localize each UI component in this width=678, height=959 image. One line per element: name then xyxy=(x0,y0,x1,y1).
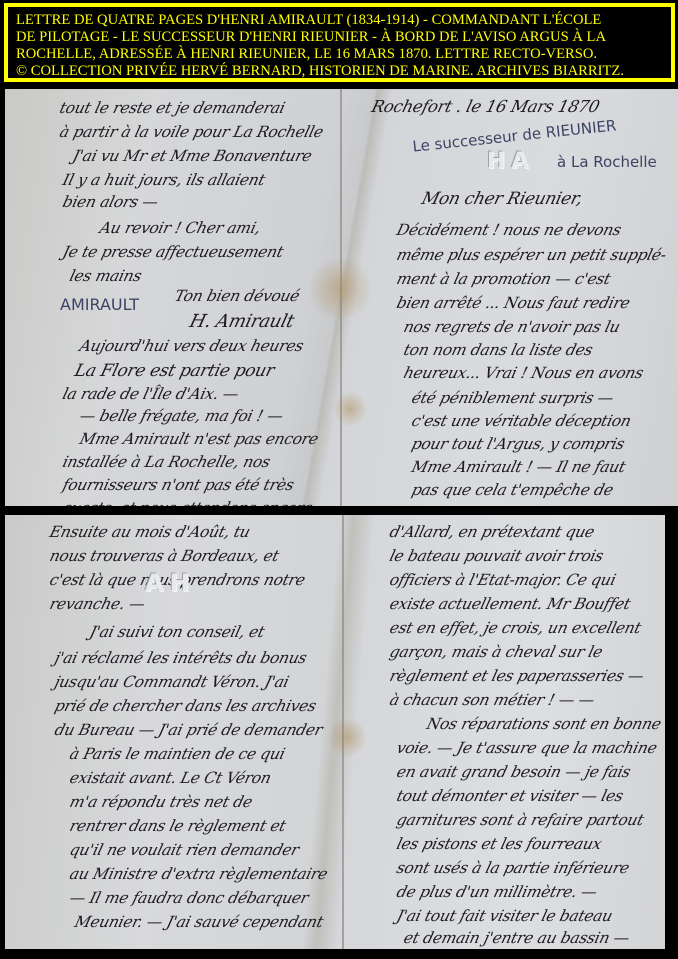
caption-box: Lettre de quatre pages d'Henri Amirault … xyxy=(4,3,675,82)
letter-scan-bottom: Ensuite au mois d'Août, tu nous trouvera… xyxy=(5,515,665,949)
handwritten-line: existait avant. Le Ct Véron xyxy=(68,769,273,787)
handwritten-line: sont usés à la partie inférieure xyxy=(395,859,631,877)
caption-line-2: de pilotage - le successeur d'Henri Rieu… xyxy=(16,29,663,46)
handwritten-line: Décidément ! nous ne devons xyxy=(395,221,623,239)
handwritten-line: bien arrêté ... Nous faut redire xyxy=(395,294,632,312)
handwritten-line: officiers à l'Etat-major. Ce qui xyxy=(388,571,618,589)
handwritten-line: la rade de l'Île d'Aix. — xyxy=(61,385,241,403)
handwritten-line: installée à La Rochelle, nos xyxy=(61,453,272,471)
handwritten-line: les pistons et les fourreaux xyxy=(395,835,604,853)
handwritten-line: en avait grand besoin — je fais xyxy=(395,763,633,781)
handwritten-line: ment à la promotion — c'est xyxy=(395,270,613,288)
handwritten-line: revanche. — xyxy=(48,595,147,613)
page-recto-right: Rochefort . le 16 Mars 1870 Le successeu… xyxy=(342,89,678,506)
caption-line-3: Rochelle, adressée à Henri Rieunier, le … xyxy=(16,46,663,63)
handwritten-line: voie. — Je t'assure que la machine xyxy=(395,739,659,757)
handwritten-line: d'Allard, en prétextant que xyxy=(388,523,597,541)
pencil-annotation-amirault: AMIRAULT xyxy=(60,295,139,314)
letter-date-line: Rochefort . le 16 Mars 1870 xyxy=(370,97,602,116)
handwritten-line: garnitures sont à refaire partout xyxy=(395,811,646,829)
handwritten-line: j'ai réclamé les intérêts du bonus xyxy=(53,649,309,667)
handwritten-line: J'ai vu Mr et Mme Bonaventure xyxy=(71,147,314,165)
handwritten-line: à Paris le maintien de ce qui xyxy=(68,745,287,763)
page-bottom-left: Ensuite au mois d'Août, tu nous trouvera… xyxy=(5,515,340,949)
handwritten-line: Au revoir ! Cher ami, xyxy=(98,219,263,237)
handwritten-line: Mme Amirault ! — Il ne faut xyxy=(410,458,628,476)
handwritten-line: — Il me faudra donc débarquer xyxy=(68,889,310,907)
handwritten-line: J'ai tout fait visiter le bateau xyxy=(395,907,614,925)
handwritten-line: nous trouveras à Bordeaux, et xyxy=(48,547,281,565)
handwritten-line: Il y a huit jours, ils allaient xyxy=(61,171,267,189)
handwritten-line: prié de chercher dans les archives xyxy=(53,697,318,715)
handwritten-line: pour tout l'Argus, y compris xyxy=(410,435,627,453)
handwritten-line: existe actuellement. Mr Bouffet xyxy=(388,595,632,613)
handwritten-line: bien alors — xyxy=(61,193,160,211)
handwritten-line: nos regrets de n'avoir pas lu xyxy=(402,318,622,336)
letter-scan-top: tout le reste et je demanderai à partir … xyxy=(5,89,678,506)
handwritten-line: à partir à la voile pour La Rochelle xyxy=(58,123,325,141)
handwritten-line: et demain j'entre au bassin — xyxy=(402,929,632,947)
handwritten-line: Ton bien dévoué xyxy=(173,287,302,305)
handwritten-line: pas que cela t'empêche de xyxy=(410,481,615,499)
embossed-monogram: HA xyxy=(487,149,534,174)
handwritten-line: qu'il ne voulait rien demander xyxy=(68,841,301,859)
handwritten-line: est en effet, je crois, un excellent xyxy=(388,619,643,637)
handwritten-line: ton nom dans la liste des xyxy=(402,341,595,359)
handwritten-line: même plus espérer un petit supplé- xyxy=(395,246,668,264)
handwritten-line: Ensuite au mois d'Août, tu xyxy=(48,523,252,541)
handwritten-line: Nos réparations sont en bonne xyxy=(425,715,663,733)
handwritten-line: règlement et les paperasseries — xyxy=(388,667,646,685)
handwritten-line: heureux... Vrai ! Nous en avons xyxy=(402,364,645,382)
embossed-monogram: AH xyxy=(145,569,196,597)
handwritten-line: Meunier. — J'ai sauvé cependant xyxy=(73,913,325,931)
handwritten-line: de plus d'un millimètre. — xyxy=(395,883,599,901)
handwritten-line: c'est une véritable déception xyxy=(410,412,633,430)
handwritten-line: à chacun son métier ! — — xyxy=(388,691,596,709)
handwritten-line: les mains xyxy=(68,267,144,285)
handwritten-line: Mme Amirault n'est pas encore xyxy=(78,430,320,448)
handwritten-line: Je te presse affectueusement xyxy=(61,243,285,261)
handwritten-line: jusqu'au Commandt Véron. J'ai xyxy=(53,673,291,691)
handwritten-line: m'a répondu très net de xyxy=(68,793,254,811)
page-verso-left: tout le reste et je demanderai à partir … xyxy=(5,89,340,506)
handwritten-line: été péniblement surpris — xyxy=(410,389,616,407)
handwritten-line: exacts, et nous attendons encore xyxy=(61,499,315,506)
handwritten-line: La Flore est partie pour xyxy=(73,361,277,381)
pencil-annotation-place: à La Rochelle xyxy=(557,153,657,171)
page-bottom-right: d'Allard, en prétextant que le bateau po… xyxy=(342,515,665,949)
caption-line-1: Lettre de quatre pages d'Henri Amirault … xyxy=(16,12,663,29)
handwritten-line: au Ministre d'extra règlementaire xyxy=(68,865,330,883)
handwritten-line: — belle frégate, ma foi ! — xyxy=(78,407,285,425)
signature: H. Amirault xyxy=(187,311,296,332)
salutation: Mon cher Rieunier, xyxy=(420,189,585,209)
handwritten-line: Aujourd'hui vers deux heures xyxy=(78,337,305,355)
caption-line-4: © Collection privée Hervé Bernard, histo… xyxy=(16,63,663,80)
handwritten-line: rentrer dans le règlement et xyxy=(68,817,288,835)
handwritten-line: J'ai suivi ton conseil, et xyxy=(88,623,267,641)
handwritten-line: du Bureau — J'ai prié de demander xyxy=(53,721,324,739)
handwritten-line: garçon, mais à cheval sur le xyxy=(388,643,605,661)
handwritten-line: le bateau pouvait avoir trois xyxy=(388,547,605,565)
handwritten-line: tout démonter et visiter — les xyxy=(395,787,625,805)
handwritten-line: fournisseurs n'ont pas été très xyxy=(61,476,296,494)
handwritten-line: tout le reste et je demanderai xyxy=(58,99,287,117)
